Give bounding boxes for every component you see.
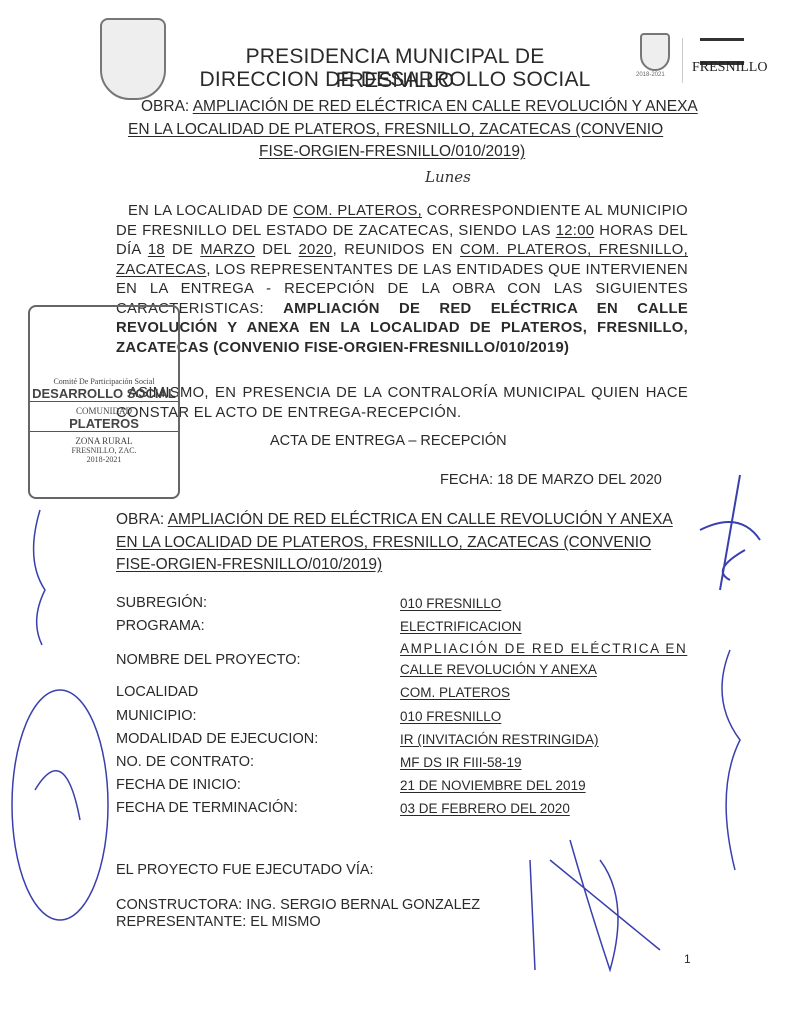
obra-title: AMPLIACIÓN DE RED ELÉCTRICA EN CALLE REV… [193, 98, 698, 115]
signature-left-vertical [20, 500, 60, 650]
signature-right-vertical [700, 640, 760, 880]
field-value-programa: ELECTRIFICACION [400, 619, 522, 634]
header-title-line2: DIRECCION DE DESARROLLO SOCIAL [195, 68, 595, 92]
municipal-crest-logo [100, 18, 166, 100]
obra-top-line2: EN LA LOCALIDAD DE PLATEROS, FRESNILLO, … [128, 121, 663, 139]
field-value-nombre-2: CALLE REVOLUCIÓN Y ANEXA [400, 662, 597, 677]
hora-value: 12:00 [556, 223, 595, 239]
representante: REPRESENTANTE: EL MISMO [116, 914, 321, 930]
localidad-value: COM. PLATEROS, [293, 203, 422, 219]
comunidad-stamp: Comité De Participación Social DESARROLL… [28, 305, 180, 499]
field-label-fecha-inicio: FECHA DE INICIO: [116, 777, 241, 793]
field-value-subregion: 010 FRESNILLO [400, 596, 501, 611]
handwritten-day: Lunes [425, 168, 471, 186]
field-value-localidad: COM. PLATEROS [400, 685, 510, 700]
field-label-fecha-terminacion: FECHA DE TERMINACIÓN: [116, 800, 298, 816]
intro-paragraph: EN LA LOCALIDAD DE COM. PLATEROS, CORRES… [116, 202, 688, 358]
obra-top-line1: OBRA: AMPLIACIÓN DE RED ELÉCTRICA EN CAL… [141, 98, 698, 116]
obra-mid-line2: EN LA LOCALIDAD DE PLATEROS, FRESNILLO, … [116, 534, 651, 552]
field-label-programa: PROGRAMA: [116, 618, 205, 634]
field-value-fecha-inicio: 21 DE NOVIEMBRE DEL 2019 [400, 778, 586, 793]
field-label-localidad: LOCALIDAD [116, 684, 198, 700]
obra-label: OBRA: [141, 98, 193, 115]
crest-caption: 2018-2021 [636, 72, 665, 78]
signature-right-top [690, 470, 770, 600]
signature-bottom-center [510, 800, 670, 980]
field-value-nombre: AMPLIACIÓN DE RED ELÉCTRICA EN [400, 641, 687, 656]
obra-mid-line1: OBRA: AMPLIACIÓN DE RED ELÉCTRICA EN CAL… [116, 511, 673, 529]
acta-title: ACTA DE ENTREGA – RECEPCIÓN [270, 433, 507, 449]
small-crest-logo [640, 33, 670, 71]
field-label-modalidad: MODALIDAD DE EJECUCION: [116, 731, 318, 747]
field-value-municipio: 010 FRESNILLO [400, 709, 501, 724]
fecha: FECHA: 18 DE MARZO DEL 2020 [440, 472, 662, 488]
field-label-subregion: SUBREGIÓN: [116, 595, 207, 611]
fresnillo-logo-text: FRESNILLO [692, 60, 767, 76]
asimismo-paragraph: ASIMISMO, EN PRESENCIA DE LA CONTRALORÍA… [116, 384, 688, 423]
field-label-nombre: NOMBRE DEL PROYECTO: [116, 652, 301, 668]
ejecutado-label: EL PROYECTO FUE EJECUTADO VÍA: [116, 862, 374, 878]
field-value-contrato: MF DS IR FIII-58-19 [400, 755, 522, 770]
anio-value: 2020 [299, 242, 333, 258]
obra-mid-line3: FISE-ORGIEN-FRESNILLO/010/2019) [116, 556, 382, 574]
field-label-contrato: NO. DE CONTRATO: [116, 754, 254, 770]
signature-left-oval [5, 680, 115, 930]
obra-top-line3: FISE-ORGIEN-FRESNILLO/010/2019) [259, 143, 525, 161]
dia-value: 18 [148, 242, 165, 258]
constructora: CONSTRUCTORA: ING. SERGIO BERNAL GONZALE… [116, 897, 480, 913]
logo-divider [682, 38, 683, 83]
field-label-municipio: MUNICIPIO: [116, 708, 197, 724]
mes-value: MARZO [200, 242, 255, 258]
page-number: 1 [684, 952, 691, 966]
field-value-modalidad: IR (INVITACIÓN RESTRINGIDA) [400, 732, 599, 747]
